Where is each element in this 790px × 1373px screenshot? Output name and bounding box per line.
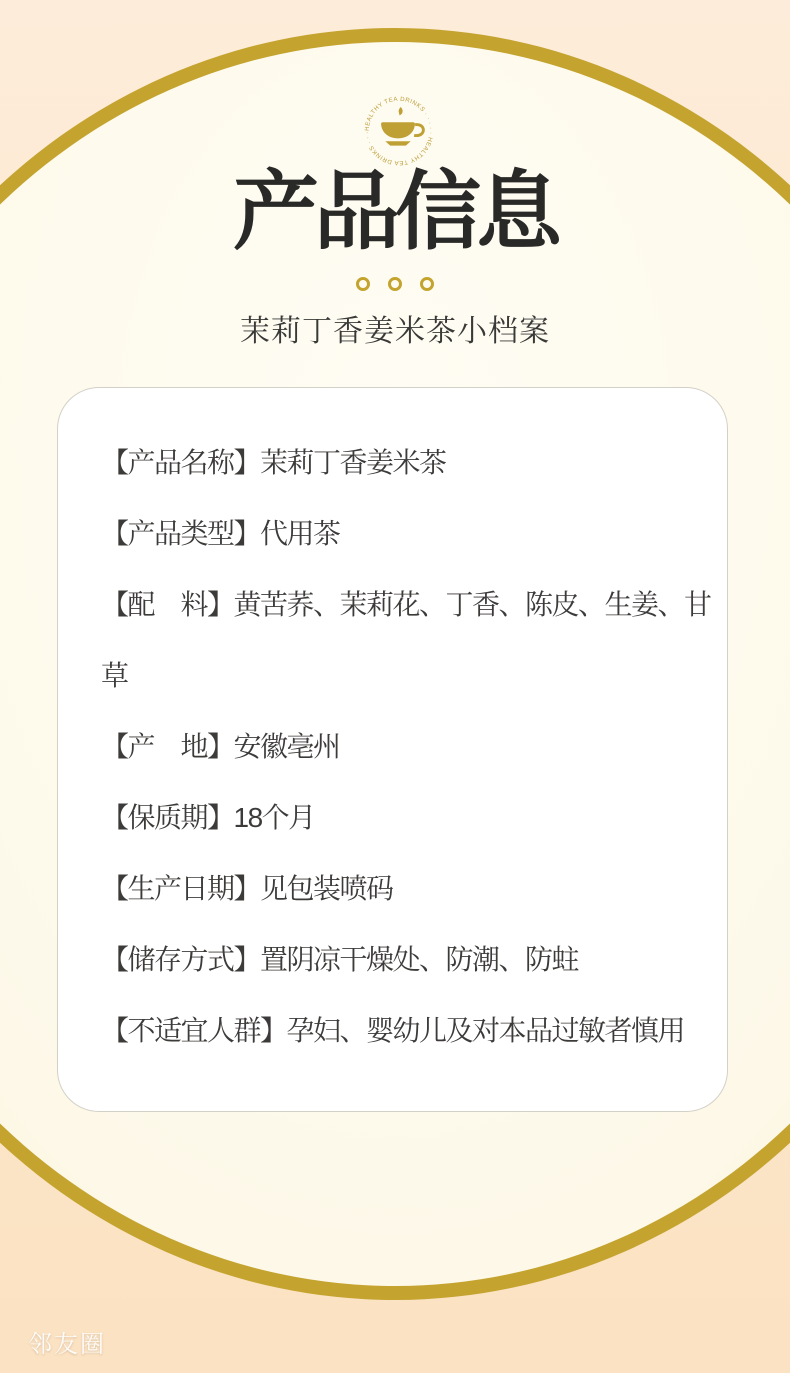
field-storage: 【储存方式】置阴凉干燥处、防潮、防蛀 [101,924,715,995]
product-info-card: 【产品名称】茉莉丁香姜米茶 【产品类型】代用茶 【配 料】黄苦荞、茉莉花、丁香、… [57,387,728,1112]
field-label: 【储存方式】 [101,944,260,975]
field-product-type: 【产品类型】代用茶 [101,498,715,569]
field-value: 孕妇、婴幼儿及对本品过敏者慎用 [287,1015,685,1046]
field-unsuitable-people: 【不适宜人群】孕妇、婴幼儿及对本品过敏者慎用 [101,995,715,1066]
dot-icon [388,277,402,291]
teacup-icon [381,107,423,146]
field-label: 【保质期】 [101,802,234,833]
brand-logo-svg: HEALTHY TEA DRINKS · · · · · HEALTHY TEA… [360,92,438,170]
field-label: 【生产日期】 [101,873,260,904]
page-title: 产品信息 [0,160,790,265]
field-label: 【配 料】 [101,589,234,620]
product-info-page: HEALTHY TEA DRINKS · · · · · HEALTHY TEA… [0,0,790,1373]
field-product-name: 【产品名称】茉莉丁香姜米茶 [101,427,715,498]
dots-divider [0,277,790,291]
dot-icon [420,277,434,291]
field-label: 【产 地】 [101,731,234,762]
brand-logo: HEALTHY TEA DRINKS · · · · · HEALTHY TEA… [360,92,438,170]
subtitle: 茉莉丁香姜米茶小档案 [0,306,790,350]
field-value: 代用茶 [260,518,340,549]
field-production-date: 【生产日期】见包装喷码 [101,853,715,924]
field-value: 茉莉丁香姜米茶 [260,447,446,478]
field-value: 见包装喷码 [260,873,393,904]
field-label: 【产品名称】 [101,447,260,478]
field-origin: 【产 地】安徽亳州 [101,711,715,782]
field-value: 置阴凉干燥处、防潮、防蛀 [260,944,578,975]
field-shelf-life: 【保质期】18个月 [101,782,715,853]
field-label: 【不适宜人群】 [101,1015,287,1046]
field-value: 安徽亳州 [234,731,340,762]
dot-icon [356,277,370,291]
field-value: 18个月 [234,802,315,833]
field-ingredients: 【配 料】黄苦荞、茉莉花、丁香、陈皮、生姜、甘 草 [101,569,715,711]
watermark: 邻友圈 [28,1324,106,1359]
field-label: 【产品类型】 [101,518,260,549]
